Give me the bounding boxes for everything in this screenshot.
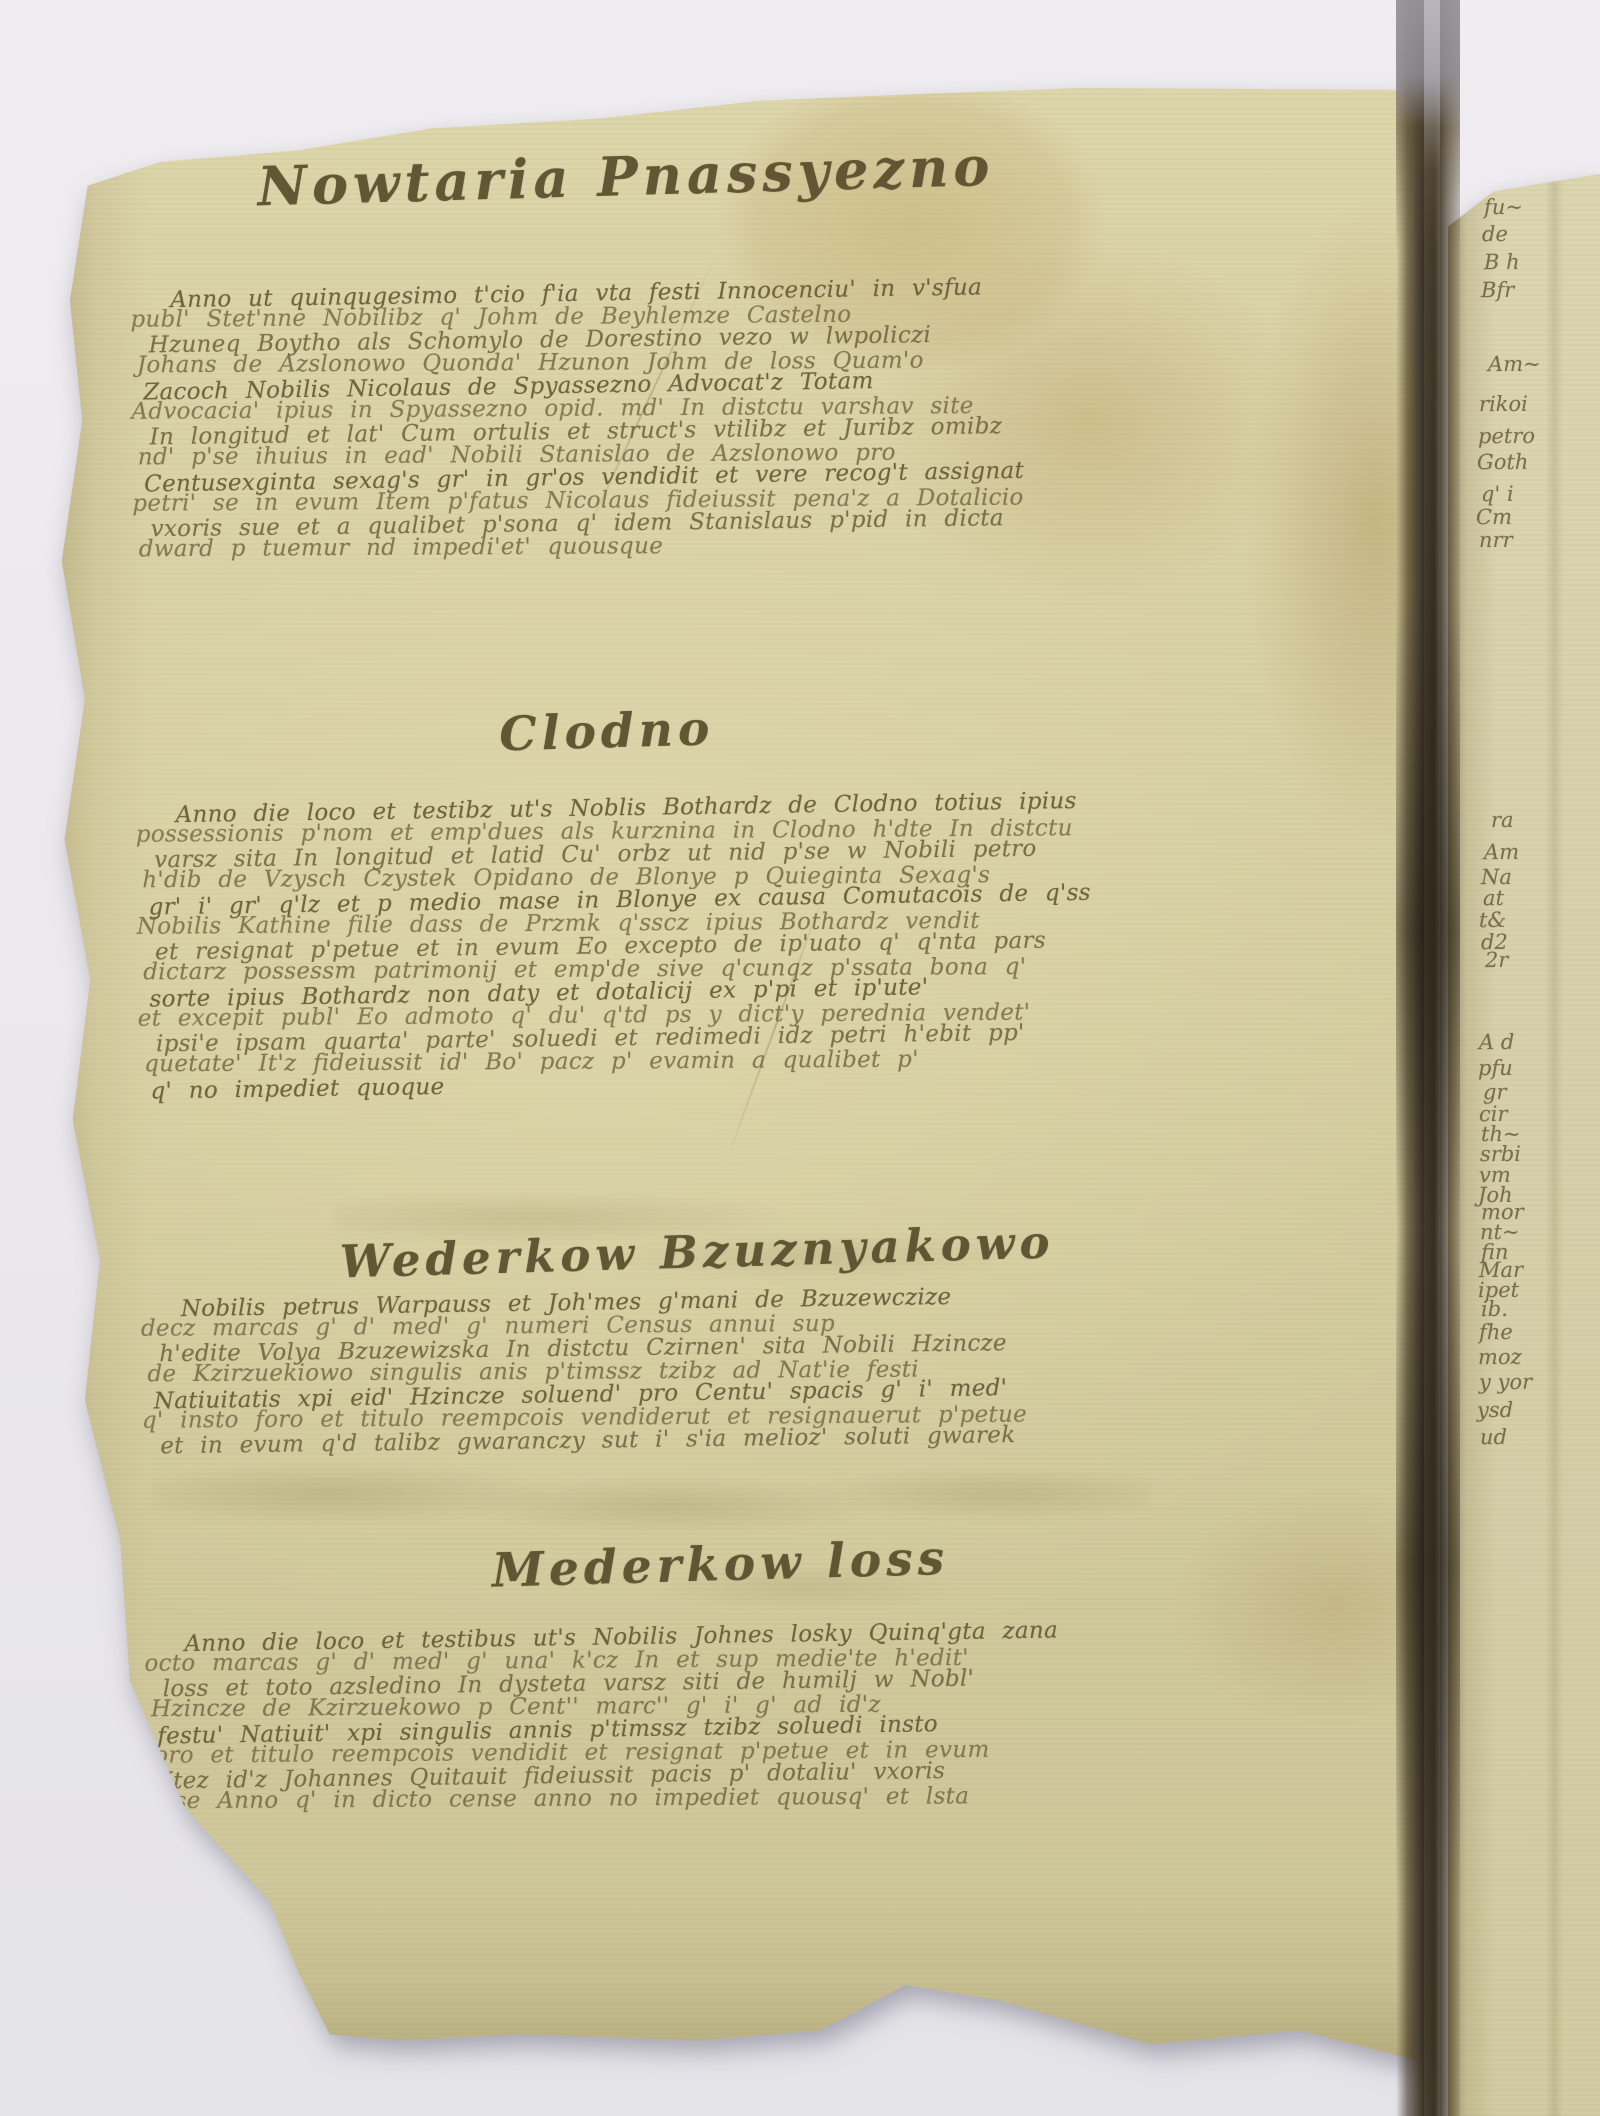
partial-text-fragment: q' i [1481, 482, 1514, 506]
partial-text-fragment: fhe [1479, 1320, 1513, 1344]
partial-text-fragment: ysd [1477, 1398, 1513, 1422]
partial-text-fragment: at [1483, 886, 1504, 910]
partial-text-fragment: Am [1484, 840, 1519, 864]
partial-text-fragment: pfu [1478, 1056, 1513, 1080]
partial-text-fragment: B h [1484, 250, 1520, 274]
partial-text-fragment: gr [1483, 1080, 1507, 1104]
partial-text-fragment: ra [1491, 808, 1514, 832]
partial-text-fragment: Cm [1476, 505, 1512, 529]
scanned-manuscript: Nowtaria PnassyeznoAnno ut quinqugesimo … [0, 0, 1600, 2116]
right-page-wrapper: Amionfu~deB hBfrAm~rikoipetroGothq' iCmn… [1448, 168, 1600, 2116]
partial-text-fragment: Bfr [1481, 278, 1514, 302]
partial-text-fragment: Am~ [1488, 352, 1541, 376]
section-heading: Clodno [156, 692, 1057, 772]
partial-text-fragment: nrr [1479, 528, 1513, 552]
section-paragraph: Anno die loco et testibz ut's Noblis Bot… [137, 788, 1030, 1096]
partial-text-fragment: A d [1479, 1030, 1514, 1054]
section-paragraph: Nobilis petrus Warpauss et Joh'mes g'man… [143, 1280, 1035, 1450]
section-paragraph: Anno ut quinqugesimo t'cio f'ia vta fest… [132, 272, 1025, 557]
partial-text-fragment: ion [1482, 168, 1515, 192]
manuscript-text-line: dward p tuemur nd impedi'et' quousque [139, 527, 1029, 555]
left-page-content: Nowtaria PnassyeznoAnno ut quinqugesimo … [55, 78, 1436, 2067]
manuscript-left-page: Nowtaria PnassyeznoAnno ut quinqugesimo … [55, 85, 1415, 2060]
partial-text-fragment: petro [1478, 424, 1535, 448]
section-heading: Mederkow loss [270, 1525, 1171, 1605]
scanner-glass-edge [1424, 0, 1440, 2116]
section-heading: Nowtaria Pnassyezno [175, 132, 1076, 221]
left-page-wrapper: Nowtaria PnassyeznoAnno ut quinqugesimo … [55, 85, 1415, 2060]
partial-text-fragment: ud [1480, 1425, 1507, 1449]
partial-text-fragment: fu~ [1484, 195, 1523, 219]
section-paragraph: Anno die loco et testibus ut's Nobilis J… [146, 1616, 1038, 1809]
partial-text-fragment: rikoi [1479, 392, 1528, 416]
partial-text-fragment: ib. [1481, 1297, 1508, 1321]
partial-text-fragment: t& [1479, 908, 1506, 932]
partial-text-fragment: moz [1478, 1345, 1522, 1369]
partial-text-fragment: y yor [1479, 1370, 1532, 1394]
partial-text-fragment: de [1482, 222, 1508, 246]
partial-text-fragment: 2r [1485, 948, 1509, 972]
manuscript-right-page: Amionfu~deB hBfrAm~rikoipetroGothq' iCmn… [1448, 168, 1600, 2116]
partial-text-fragment: Goth [1477, 450, 1529, 474]
manuscript-text-line: ipse Anno q' in dicto cense anno no impe… [152, 1779, 1042, 1807]
partial-text-fragment: Am [1487, 140, 1522, 164]
